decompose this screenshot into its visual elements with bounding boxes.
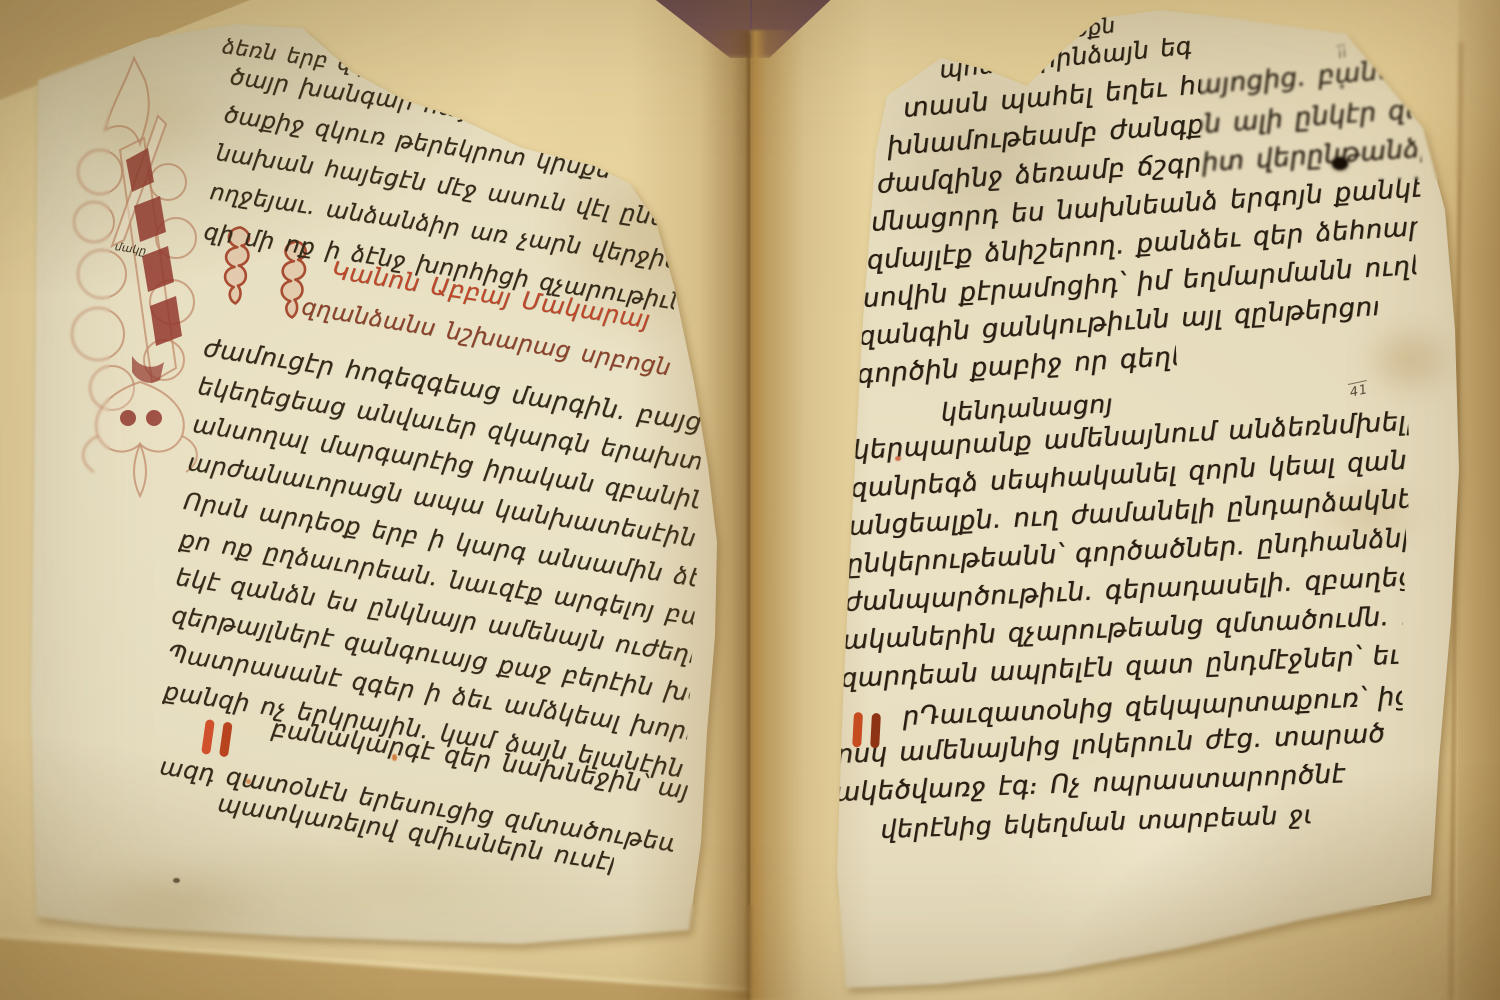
ink-speck: [895, 456, 901, 461]
gutter-shadow-right: [752, 0, 872, 1000]
ink-speck: [1340, 84, 1344, 89]
script-line: կենդանացոյ: [940, 388, 1141, 427]
gutter-shadow-left: [628, 0, 750, 1000]
manuscript-photo: մակը ձեռն երբ զգայունծայր խանգար հայցման…: [0, 0, 1500, 1000]
script-line: վերէնից եկեղման տարբեան ջանասիրութեամբ: [880, 800, 1311, 844]
ink-speck: [173, 878, 180, 883]
ink-speck: [246, 779, 251, 784]
wormhole: [1332, 157, 1348, 170]
red-paragraph-mark: [201, 719, 233, 757]
ink-speck: [392, 754, 397, 761]
